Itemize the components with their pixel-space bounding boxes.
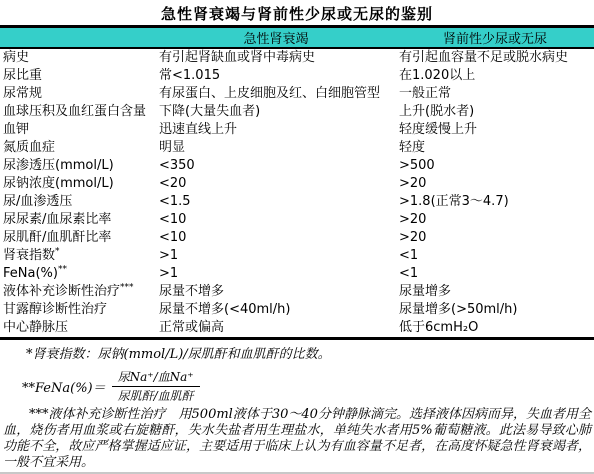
fena-formula: **FeNa(%)＝ 尿Na⁺/血Na⁺ 尿肌酐/血肌酐 [22, 367, 594, 405]
table-row: 尿尿素/血尿素比率 <10 >20 [0, 211, 594, 229]
formula-fraction: 尿Na⁺/血Na⁺ 尿肌酐/血肌酐 [112, 369, 200, 404]
comparison-table: 急性肾衰竭 肾前性少尿或无尿 病史 有引起肾缺血或肾中毒病史 有引起血容量不足或… [0, 25, 594, 340]
prerenal-oliguria-value: 上升(脱水者) [396, 103, 594, 121]
table-row: FeNa(%)** >1 <1 [0, 265, 594, 283]
acute-renal-failure-value: <20 [156, 175, 396, 193]
prerenal-oliguria-value: 一般正常 [396, 85, 594, 103]
row-label: 液体补充诊断性治疗 [3, 284, 120, 299]
row-label: 氮质血症 [3, 140, 55, 155]
table-row: 尿渗透压(mmol/L) <350 >500 [0, 157, 594, 175]
acute-renal-failure-value: >1 [156, 265, 396, 283]
table-row: 尿肌酐/血肌酐比率 <10 >20 [0, 229, 594, 247]
row-label: 尿渗透压(mmol/L) [3, 158, 114, 173]
acute-renal-failure-value: 有引起肾缺血或肾中毒病史 [156, 48, 396, 67]
row-label-cell: 尿比重 [0, 67, 156, 85]
prerenal-oliguria-value: 在1.020以上 [396, 67, 594, 85]
table-body: 病史 有引起肾缺血或肾中毒病史 有引起血容量不足或脱水病史 尿比重 常<1.01… [0, 48, 594, 339]
table-row: 血钾 迅速直线上升 轻度缓慢上升 [0, 121, 594, 139]
acute-renal-failure-value: 正常或偏高 [156, 319, 396, 339]
row-label-cell: 氮质血症 [0, 139, 156, 157]
row-label-footnote-marker: * [55, 247, 60, 257]
table-row: 液体补充诊断性治疗*** 尿量不增多 尿量增多 [0, 283, 594, 301]
row-label: 尿/血渗透压 [3, 194, 72, 209]
row-label-cell: 肾衰指数* [0, 247, 156, 265]
row-label-cell: 尿渗透压(mmol/L) [0, 157, 156, 175]
header-cell-acute-renal-failure: 急性肾衰竭 [156, 27, 396, 49]
document-page: 急性肾衰竭与肾前性少尿或无尿的鉴别 急性肾衰竭 肾前性少尿或无尿 病史 有引起肾… [0, 0, 594, 474]
table-row: 尿常规 有尿蛋白、上皮细胞及红、白细胞管型 一般正常 [0, 85, 594, 103]
prerenal-oliguria-value: <1 [396, 265, 594, 283]
acute-renal-failure-value: <10 [156, 211, 396, 229]
formula-prefix: **FeNa(%)＝ [22, 377, 106, 396]
acute-renal-failure-value: 下降(大量失血者) [156, 103, 396, 121]
footnotes-section: *肾衰指数：尿钠(mmol/L)/尿肌酐和血肌酐的比数。 **FeNa(%)＝ … [0, 346, 594, 471]
header-cell-empty [0, 27, 156, 49]
prerenal-oliguria-value: >20 [396, 211, 594, 229]
footnote-renal-failure-index: *肾衰指数：尿钠(mmol/L)/尿肌酐和血肌酐的比数。 [26, 346, 590, 363]
acute-renal-failure-value: 常<1.015 [156, 67, 396, 85]
row-label-cell: 尿尿素/血尿素比率 [0, 211, 156, 229]
row-label-cell: 尿/血渗透压 [0, 193, 156, 211]
prerenal-oliguria-value: 有引起血容量不足或脱水病史 [396, 48, 594, 67]
acute-renal-failure-value: 明显 [156, 139, 396, 157]
table-row: 尿/血渗透压 <1.5 >1.8(正常3～4.7) [0, 193, 594, 211]
table-row: 中心静脉压 正常或偏高 低于6cmH₂O [0, 319, 594, 339]
prerenal-oliguria-value: 轻度 [396, 139, 594, 157]
prerenal-oliguria-value: 低于6cmH₂O [396, 319, 594, 339]
acute-renal-failure-value: <10 [156, 229, 396, 247]
table-row: 尿钠浓度(mmol/L) <20 >20 [0, 175, 594, 193]
table-row: 肾衰指数* >1 <1 [0, 247, 594, 265]
prerenal-oliguria-value: >500 [396, 157, 594, 175]
table-row: 甘露醇诊断性治疗 尿量不增多(<40ml/h) 尿量增多(>50ml/h) [0, 301, 594, 319]
row-label-cell: 血球压积及血红蛋白含量 [0, 103, 156, 121]
row-label: 肾衰指数 [3, 248, 55, 263]
row-label: 甘露醇诊断性治疗 [3, 302, 107, 317]
row-label: 尿钠浓度(mmol/L) [3, 176, 114, 191]
formula-numerator: 尿Na⁺/血Na⁺ [112, 369, 200, 387]
header-cell-prerenal-oliguria: 肾前性少尿或无尿 [396, 27, 594, 49]
row-label: FeNa(%) [3, 266, 58, 281]
acute-renal-failure-value: 尿量不增多(<40ml/h) [156, 301, 396, 319]
row-label-cell: 尿常规 [0, 85, 156, 103]
acute-renal-failure-value: 尿量不增多 [156, 283, 396, 301]
row-label: 血球压积及血红蛋白含量 [3, 104, 146, 119]
row-label: 尿尿素/血尿素比率 [3, 212, 111, 227]
page-title: 急性肾衰竭与肾前性少尿或无尿的鉴别 [0, 0, 594, 25]
acute-renal-failure-value: <1.5 [156, 193, 396, 211]
row-label: 血钾 [3, 122, 29, 137]
table-header-row: 急性肾衰竭 肾前性少尿或无尿 [0, 27, 594, 49]
acute-renal-failure-value: 迅速直线上升 [156, 121, 396, 139]
row-label-cell: 血钾 [0, 121, 156, 139]
prerenal-oliguria-value: 尿量增多 [396, 283, 594, 301]
row-label-cell: 中心静脉压 [0, 319, 156, 339]
prerenal-oliguria-value: >20 [396, 229, 594, 247]
prerenal-oliguria-value: >1.8(正常3～4.7) [396, 193, 594, 211]
table-row: 血球压积及血红蛋白含量 下降(大量失血者) 上升(脱水者) [0, 103, 594, 121]
row-label-footnote-marker: ** [58, 265, 67, 275]
row-label: 尿常规 [3, 86, 42, 101]
footnote-fluid-replacement-therapy: ***液体补充诊断性治疗 用500ml液体于30～40分钟静脉滴完。选择液体因病… [3, 407, 591, 471]
row-label: 尿比重 [3, 68, 42, 83]
row-label: 病史 [3, 50, 29, 65]
table-row: 氮质血症 明显 轻度 [0, 139, 594, 157]
formula-denominator: 尿肌酐/血肌酐 [112, 387, 200, 404]
prerenal-oliguria-value: >20 [396, 175, 594, 193]
table-row: 病史 有引起肾缺血或肾中毒病史 有引起血容量不足或脱水病史 [0, 48, 594, 67]
prerenal-oliguria-value: 轻度缓慢上升 [396, 121, 594, 139]
row-label-cell: 甘露醇诊断性治疗 [0, 301, 156, 319]
acute-renal-failure-value: 有尿蛋白、上皮细胞及红、白细胞管型 [156, 85, 396, 103]
prerenal-oliguria-value: 尿量增多(>50ml/h) [396, 301, 594, 319]
table-row: 尿比重 常<1.015 在1.020以上 [0, 67, 594, 85]
acute-renal-failure-value: >1 [156, 247, 396, 265]
row-label-cell: 尿肌酐/血肌酐比率 [0, 229, 156, 247]
row-label-cell: 病史 [0, 48, 156, 67]
row-label-cell: 尿钠浓度(mmol/L) [0, 175, 156, 193]
row-label: 中心静脉压 [3, 320, 68, 335]
row-label-footnote-marker: *** [120, 283, 134, 293]
row-label-cell: FeNa(%)** [0, 265, 156, 283]
row-label: 尿肌酐/血肌酐比率 [3, 230, 111, 245]
row-label-cell: 液体补充诊断性治疗*** [0, 283, 156, 301]
acute-renal-failure-value: <350 [156, 157, 396, 175]
prerenal-oliguria-value: <1 [396, 247, 594, 265]
